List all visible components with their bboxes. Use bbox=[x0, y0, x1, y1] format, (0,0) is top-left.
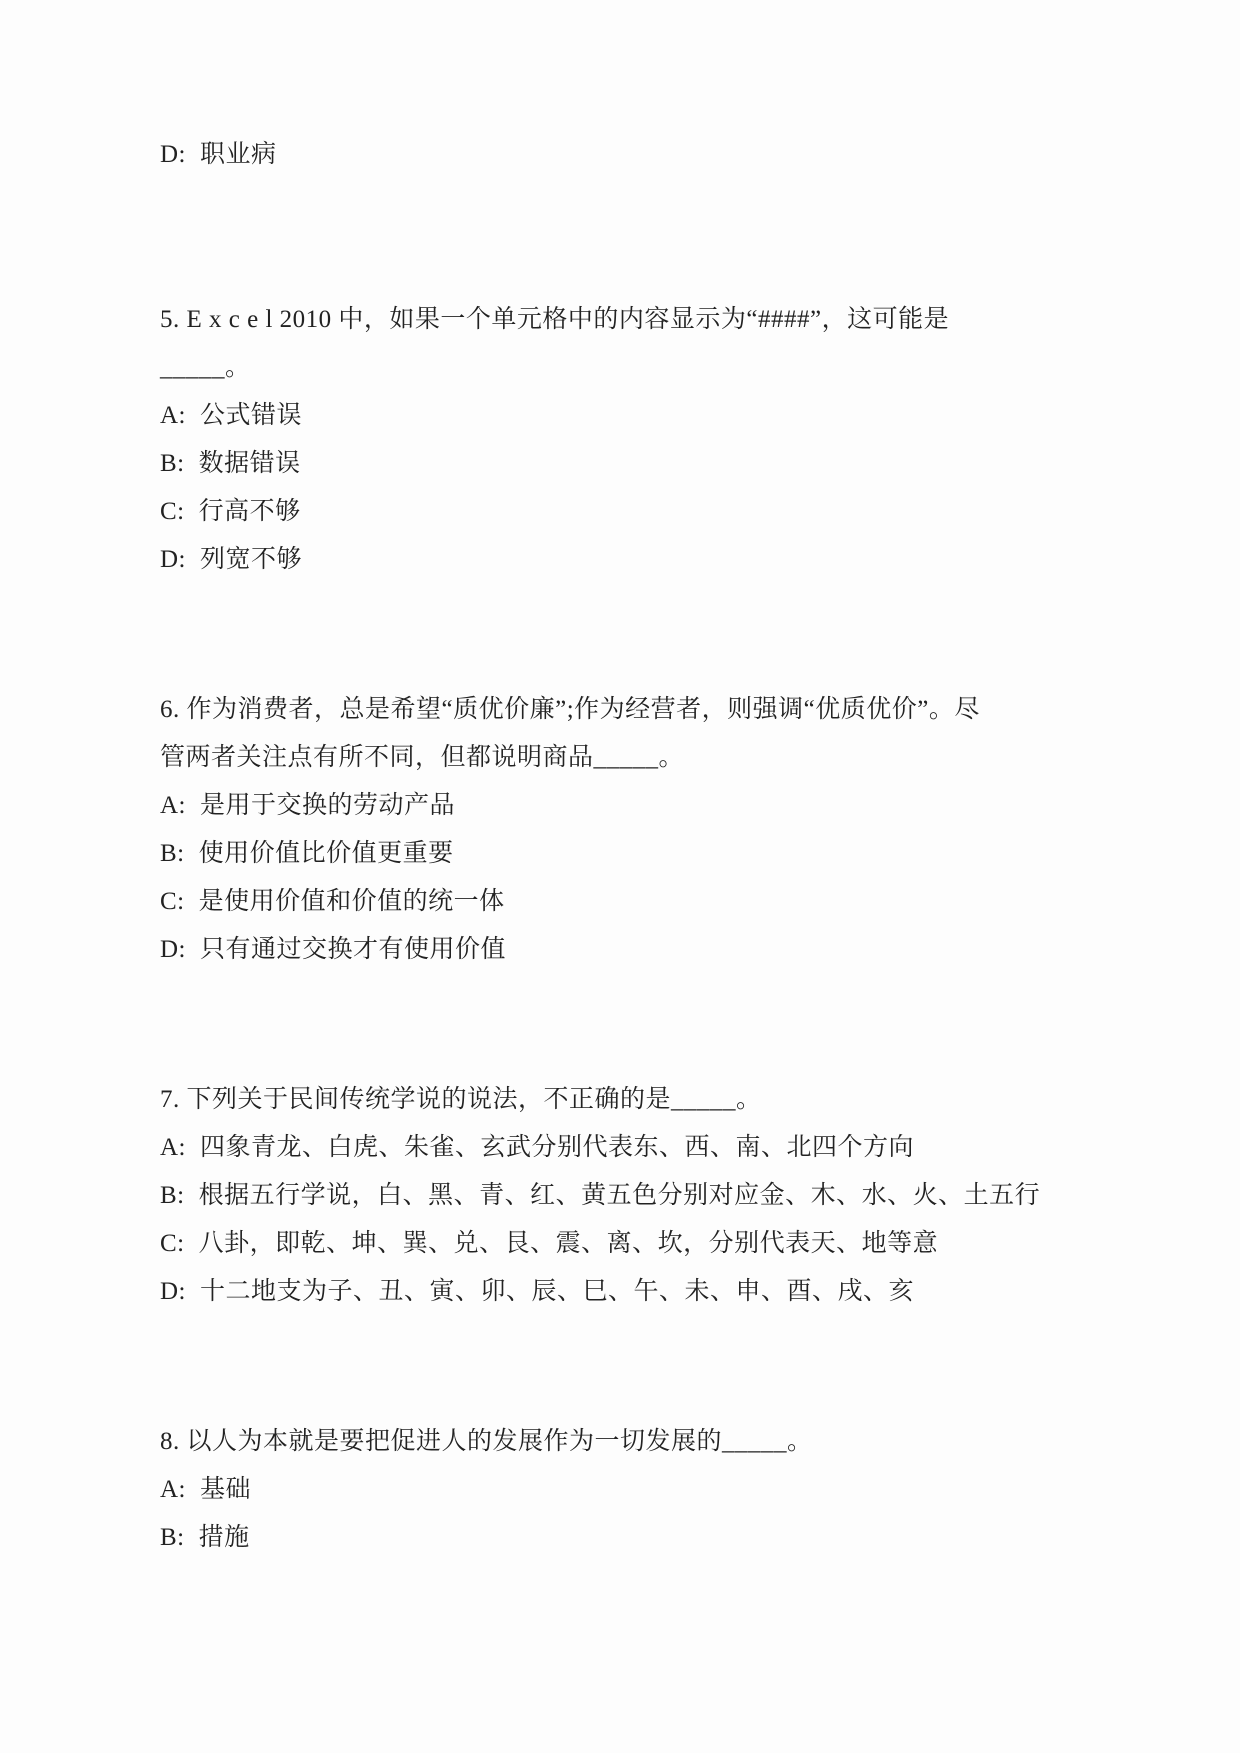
option-row: A:基础 bbox=[160, 1466, 1180, 1514]
option-row: D:只有通过交换才有使用价值 bbox=[160, 926, 1180, 974]
question-stem-line: 管两者关注点有所不同，但都说明商品_____。 bbox=[160, 734, 1180, 782]
option-text: 只有通过交换才有使用价值 bbox=[200, 926, 506, 974]
option-text: 列宽不够 bbox=[200, 536, 302, 584]
option-text: 行高不够 bbox=[199, 488, 301, 536]
option-text: 是用于交换的劳动产品 bbox=[200, 782, 455, 830]
option-row: D:列宽不够 bbox=[160, 536, 1180, 584]
question-stem-line: 5. E x c e l 2010 中，如果一个单元格中的内容显示为“####”… bbox=[160, 296, 1180, 344]
option-label: A: bbox=[160, 1124, 186, 1172]
question-block-6: 6. 作为消费者，总是希望“质优价廉”;作为经营者，则强调“优质优价”。尽 管两… bbox=[160, 686, 1180, 974]
question-block-5: 5. E x c e l 2010 中，如果一个单元格中的内容显示为“####”… bbox=[160, 296, 1180, 584]
option-row: B:措施 bbox=[160, 1514, 1180, 1562]
option-label: B: bbox=[160, 440, 185, 488]
question-stem-line: 8. 以人为本就是要把促进人的发展作为一切发展的_____。 bbox=[160, 1418, 1180, 1466]
option-row: C:是使用价值和价值的统一体 bbox=[160, 878, 1180, 926]
option-label: D: bbox=[160, 1268, 186, 1316]
option-text: 基础 bbox=[200, 1466, 251, 1514]
option-row: C:行高不够 bbox=[160, 488, 1180, 536]
option-label: D: bbox=[160, 536, 186, 584]
option-row: D:十二地支为子、丑、寅、卯、辰、巳、午、未、申、酉、戌、亥 bbox=[160, 1268, 1180, 1316]
option-text: 数据错误 bbox=[199, 440, 301, 488]
option-label: C: bbox=[160, 878, 185, 926]
option-text: 八卦，即乾、坤、巽、兑、艮、震、离、坎，分别代表天、地等意 bbox=[199, 1220, 939, 1268]
option-row: C:八卦，即乾、坤、巽、兑、艮、震、离、坎，分别代表天、地等意 bbox=[160, 1220, 1180, 1268]
option-text: 措施 bbox=[199, 1514, 250, 1562]
option-text: 十二地支为子、丑、寅、卯、辰、巳、午、未、申、酉、戌、亥 bbox=[200, 1268, 914, 1316]
option-text: 职业病 bbox=[200, 131, 277, 179]
option-text: 四象青龙、白虎、朱雀、玄武分别代表东、西、南、北四个方向 bbox=[200, 1124, 914, 1172]
option-label: B: bbox=[160, 1172, 185, 1220]
option-label: A: bbox=[160, 392, 186, 440]
option-row: A:是用于交换的劳动产品 bbox=[160, 782, 1180, 830]
question-stem-line: 6. 作为消费者，总是希望“质优价廉”;作为经营者，则强调“优质优价”。尽 bbox=[160, 686, 1180, 734]
question-stem-blank-line: _____。 bbox=[160, 344, 1180, 392]
question-block-4-partial: D:职业病 bbox=[160, 131, 1180, 179]
option-label: B: bbox=[160, 830, 185, 878]
option-label: A: bbox=[160, 782, 186, 830]
option-label: B: bbox=[160, 1514, 185, 1562]
option-row: B:数据错误 bbox=[160, 440, 1180, 488]
question-block-8: 8. 以人为本就是要把促进人的发展作为一切发展的_____。 A:基础 B:措施 bbox=[160, 1418, 1180, 1562]
option-row: B:使用价值比价值更重要 bbox=[160, 830, 1180, 878]
question-block-7: 7. 下列关于民间传统学说的说法，不正确的是_____。 A:四象青龙、白虎、朱… bbox=[160, 1076, 1180, 1316]
option-row: D:职业病 bbox=[160, 131, 1180, 179]
option-text: 是使用价值和价值的统一体 bbox=[199, 878, 505, 926]
option-label: C: bbox=[160, 1220, 185, 1268]
question-stem-line: 7. 下列关于民间传统学说的说法，不正确的是_____。 bbox=[160, 1076, 1180, 1124]
option-row: A:四象青龙、白虎、朱雀、玄武分别代表东、西、南、北四个方向 bbox=[160, 1124, 1180, 1172]
option-text: 使用价值比价值更重要 bbox=[199, 830, 454, 878]
option-label: A: bbox=[160, 1466, 186, 1514]
option-row: A:公式错误 bbox=[160, 392, 1180, 440]
option-row: B:根据五行学说，白、黑、青、红、黄五色分别对应金、木、水、火、土五行 bbox=[160, 1172, 1180, 1220]
option-label: D: bbox=[160, 926, 186, 974]
option-text: 公式错误 bbox=[200, 392, 302, 440]
option-label: D: bbox=[160, 131, 186, 179]
option-label: C: bbox=[160, 488, 185, 536]
option-text: 根据五行学说，白、黑、青、红、黄五色分别对应金、木、水、火、土五行 bbox=[199, 1172, 1041, 1220]
document-page: D:职业病 5. E x c e l 2010 中，如果一个单元格中的内容显示为… bbox=[0, 0, 1240, 1753]
